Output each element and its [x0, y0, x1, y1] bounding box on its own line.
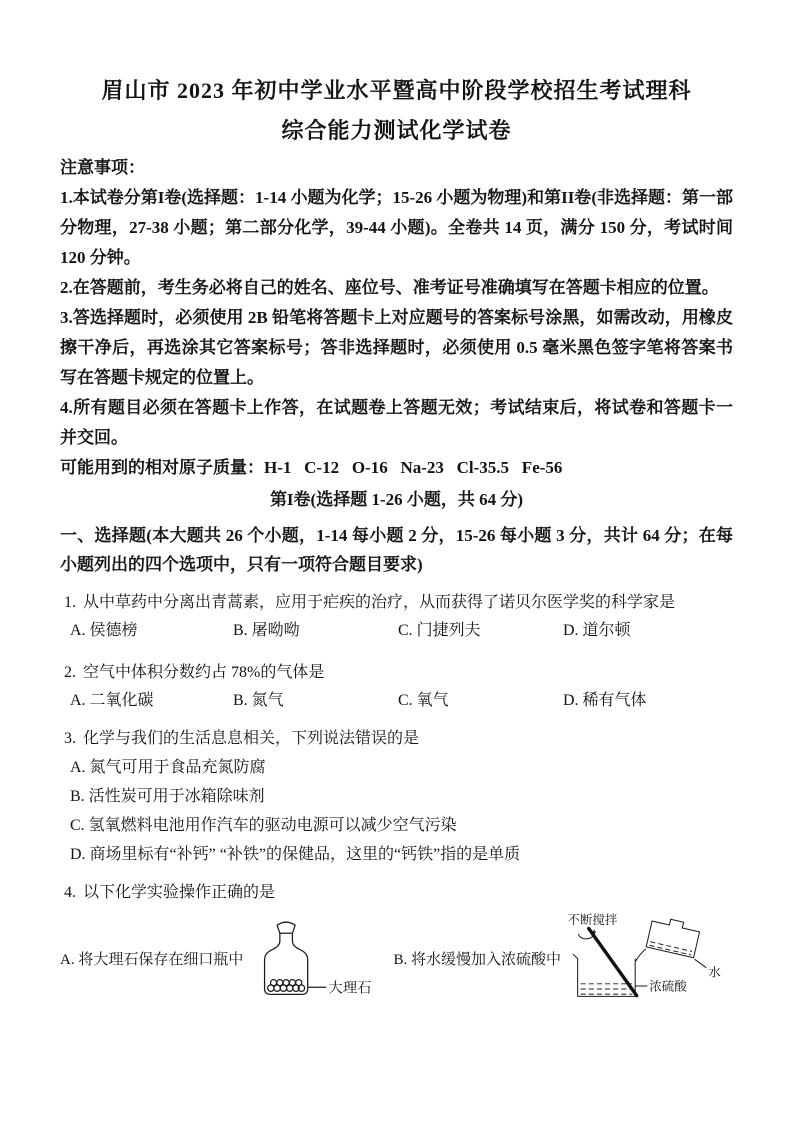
exam-title-line2: 综合能力测试化学试卷 [60, 116, 733, 146]
water-container [646, 915, 701, 958]
acid-liquid [581, 984, 633, 994]
notice-heading: 注意事项： [60, 153, 733, 183]
notice-item-1: 1.本试卷分第I卷(选择题：1-14 小题为化学；15-26 小题为物理)和第I… [60, 183, 733, 273]
question-3-options: A. 氮气可用于食品充氮防腐 B. 活性炭可用于冰箱除味剂 C. 氢氧燃料电池用… [60, 753, 733, 869]
atomic-masses-line: 可能用到的相对原子质量：H-1 C-12 O-16 Na-23 Cl-35.5 … [60, 453, 733, 483]
question-3-option-d: D. 商场里标有“补钙” “补铁”的保健品，这里的“钙铁”指的是单质 [60, 840, 733, 869]
question-1-text: 1.从中草药中分离出青蒿素，应用于疟疾的治疗，从而获得了诺贝尔医学奖的科学家是 [60, 589, 733, 617]
question-1: 1.从中草药中分离出青蒿素，应用于疟疾的治疗，从而获得了诺贝尔医学奖的科学家是 … [60, 589, 733, 645]
acid-dilution-figure: 不断搅拌 浓硫酸 [561, 913, 733, 1003]
question-4-option-b-figure: B. 将水缓慢加入浓硫酸中 不断搅拌 浓硫酸 [393, 913, 733, 1003]
question-1-stem: 从中草药中分离出青蒿素，应用于疟疾的治疗，从而获得了诺贝尔医学奖的科学家是 [83, 594, 675, 611]
question-4-number: 4. [64, 884, 76, 901]
stir-label: 不断搅拌 [567, 913, 618, 927]
question-2-option-a: A. 二氧化碳 [70, 687, 233, 715]
question-4-option-a-caption: A. 将大理石保存在细口瓶中 [60, 948, 243, 969]
question-2-stem: 空气中体积分数约占 78%的气体是 [83, 664, 324, 681]
question-3: 3.化学与我们的生活息息相关，下列说法错误的是 A. 氮气可用于食品充氮防腐 B… [60, 725, 733, 869]
notice-item-2: 2.在答题前，考生务必将自己的姓名、座位号、准考证号准确填写在答题卡相应的位置。 [60, 273, 733, 303]
water-label: 水 [708, 964, 721, 979]
bottle-stopper [277, 922, 295, 933]
question-2-text: 2.空气中体积分数约占 78%的气体是 [60, 659, 733, 687]
marble-chips [268, 980, 305, 992]
question-2-option-c: C. 氧气 [398, 687, 563, 715]
question-4: 4.以下化学实验操作正确的是 A. 将大理石保存在细口瓶中 大理石 [60, 879, 733, 1003]
question-3-option-a: A. 氮气可用于食品充氮防腐 [60, 753, 733, 782]
question-4-text: 4.以下化学实验操作正确的是 [60, 879, 733, 907]
question-2-number: 2. [64, 664, 76, 681]
question-1-option-c: C. 门捷列夫 [398, 617, 563, 645]
question-2-option-d: D. 稀有气体 [563, 687, 733, 715]
question-2: 2.空气中体积分数约占 78%的气体是 A. 二氧化碳 B. 氮气 C. 氧气 … [60, 659, 733, 715]
question-1-option-d: D. 道尔顿 [563, 617, 733, 645]
notice-item-4: 4.所有题目必须在答题卡上作答，在试题卷上答题无效；考试结束后，将试卷和答题卡一… [60, 393, 733, 453]
question-2-option-b: B. 氮气 [233, 687, 398, 715]
question-3-text: 3.化学与我们的生活息息相关，下列说法错误的是 [60, 725, 733, 753]
water-stream [636, 949, 646, 961]
question-1-options: A. 侯德榜 B. 屠呦呦 C. 门捷列夫 D. 道尔顿 [60, 617, 733, 645]
question-3-number: 3. [64, 730, 76, 747]
exam-title-line1: 眉山市 2023 年初中学业水平暨高中阶段学校招生考试理科 [60, 76, 733, 106]
question-3-option-c: C. 氢氧燃料电池用作汽车的驱动电源可以减少空气污染 [60, 811, 733, 840]
question-3-option-b: B. 活性炭可用于冰箱除味剂 [60, 782, 733, 811]
water-pointer-line [695, 959, 706, 967]
question-4-figures: A. 将大理石保存在细口瓶中 大理石 B. 将水缓慢加入浓硫酸中 [60, 913, 733, 1003]
question-3-stem: 化学与我们的生活息息相关，下列说法错误的是 [83, 730, 419, 747]
question-4-option-b-caption: B. 将水缓慢加入浓硫酸中 [393, 948, 561, 969]
question-1-option-b: B. 屠呦呦 [233, 617, 398, 645]
beaker [573, 954, 635, 996]
marble-bottle-figure: 大理石 [243, 916, 385, 1000]
marble-label: 大理石 [329, 980, 372, 997]
volume1-title: 第I卷(选择题 1-26 小题，共 64 分) [60, 485, 733, 515]
question-4-stem: 以下化学实验操作正确的是 [83, 884, 275, 901]
acid-label: 浓硫酸 [649, 979, 687, 993]
question-4-option-a-figure: A. 将大理石保存在细口瓶中 大理石 [60, 916, 385, 1000]
notice-item-3: 3.答选择题时，必须使用 2B 铅笔将答题卡上对应题号的答案标号涂黑，如需改动，… [60, 303, 733, 393]
question-1-option-a: A. 侯德榜 [70, 617, 233, 645]
section1-heading: 一、选择题(本大题共 26 个小题，1-14 每小题 2 分，15-26 每小题… [60, 521, 733, 579]
exam-paper-page: 眉山市 2023 年初中学业水平暨高中阶段学校招生考试理科 综合能力测试化学试卷… [0, 0, 793, 1122]
question-1-number: 1. [64, 594, 76, 611]
question-2-options: A. 二氧化碳 B. 氮气 C. 氧气 D. 稀有气体 [60, 687, 733, 715]
glass-rod [589, 928, 637, 995]
